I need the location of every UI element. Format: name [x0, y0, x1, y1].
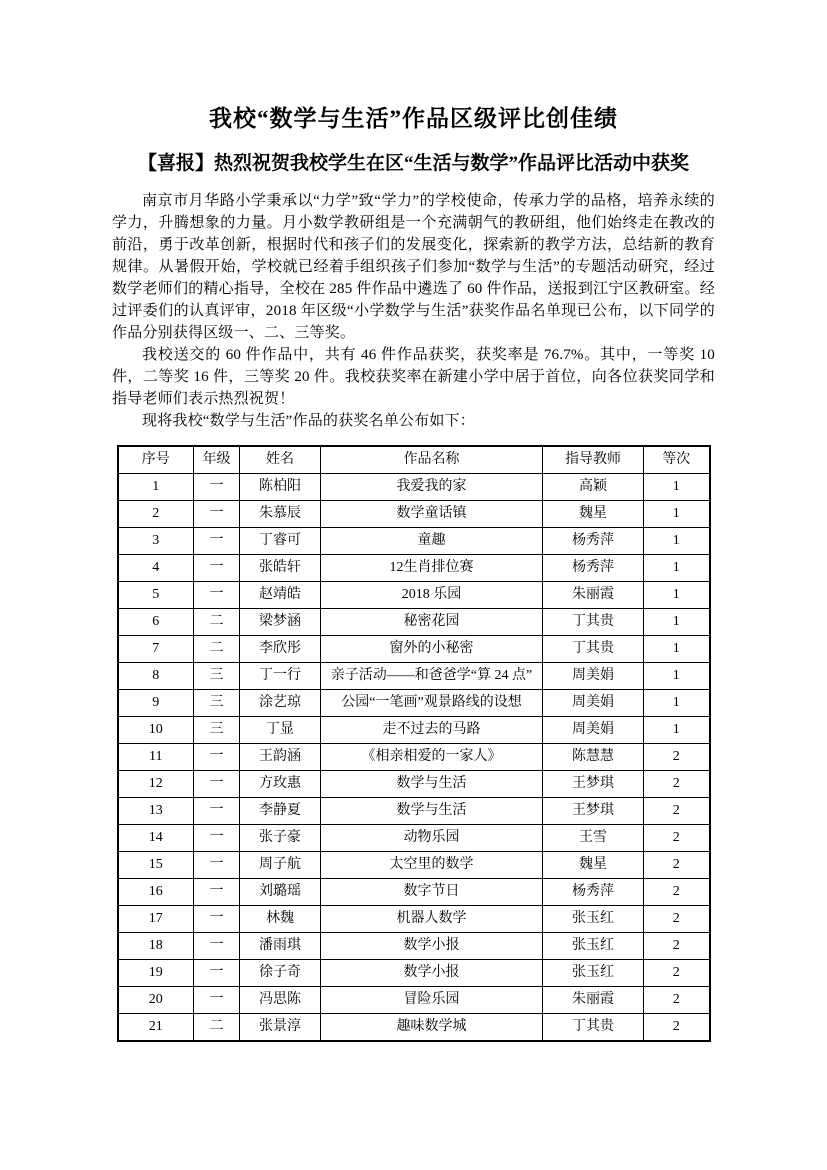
- table-cell-rank: 1: [644, 717, 710, 744]
- table-cell-rank: 1: [644, 636, 710, 663]
- table-cell-grade: 二: [194, 609, 240, 636]
- table-row: 15一周子航太空里的数学魏星2: [118, 852, 710, 879]
- table-cell-name: 张皓轩: [240, 555, 321, 582]
- table-cell-name: 徐子奇: [240, 960, 321, 987]
- table-cell-work: 冒险乐园: [321, 987, 543, 1014]
- table-row: 12一方玫惠数学与生活王梦琪2: [118, 771, 710, 798]
- page-title: 我校“数学与生活”作品区级评比创佳绩: [112, 104, 715, 134]
- table-cell-grade: 一: [194, 852, 240, 879]
- table-cell-name: 丁显: [240, 717, 321, 744]
- table-row: 18一潘雨琪数学小报张玉红2: [118, 933, 710, 960]
- table-cell-rank: 1: [644, 663, 710, 690]
- table-cell-work: 机器人数学: [321, 906, 543, 933]
- table-cell-rank: 1: [644, 555, 710, 582]
- awards-table-body: 1一陈柏阳我爱我的家高颖12一朱慕辰数学童话镇魏星13一丁睿可童趣杨秀萍14一张…: [118, 474, 710, 1042]
- table-cell-work: 趣味数学城: [321, 1014, 543, 1042]
- table-cell-grade: 三: [194, 717, 240, 744]
- column-header-name: 姓名: [240, 446, 321, 474]
- table-cell-rank: 1: [644, 690, 710, 717]
- table-row: 7二李欣彤窗外的小秘密丁其贵1: [118, 636, 710, 663]
- column-header-rank: 等次: [644, 446, 710, 474]
- table-cell-index: 21: [118, 1014, 194, 1042]
- table-row: 3一丁睿可童趣杨秀萍1: [118, 528, 710, 555]
- table-cell-grade: 一: [194, 960, 240, 987]
- table-cell-work: 《相亲相爱的一家人》: [321, 744, 543, 771]
- table-cell-teacher: 周美娟: [543, 690, 644, 717]
- table-cell-index: 13: [118, 798, 194, 825]
- table-cell-work: 2018 乐园: [321, 582, 543, 609]
- table-row: 2一朱慕辰数学童话镇魏星1: [118, 501, 710, 528]
- table-cell-teacher: 丁其贵: [543, 1014, 644, 1042]
- table-cell-teacher: 丁其贵: [543, 609, 644, 636]
- table-cell-index: 17: [118, 906, 194, 933]
- table-cell-teacher: 杨秀萍: [543, 879, 644, 906]
- table-cell-grade: 一: [194, 528, 240, 555]
- table-cell-name: 冯思陈: [240, 987, 321, 1014]
- table-cell-work: 秘密花园: [321, 609, 543, 636]
- table-cell-rank: 1: [644, 501, 710, 528]
- table-cell-index: 20: [118, 987, 194, 1014]
- table-cell-name: 涂艺琼: [240, 690, 321, 717]
- table-cell-teacher: 魏星: [543, 852, 644, 879]
- table-cell-grade: 一: [194, 798, 240, 825]
- table-cell-teacher: 周美娟: [543, 663, 644, 690]
- table-cell-name: 张景淳: [240, 1014, 321, 1042]
- table-cell-index: 11: [118, 744, 194, 771]
- table-cell-index: 19: [118, 960, 194, 987]
- table-cell-name: 李静夏: [240, 798, 321, 825]
- body-paragraph-3: 现将我校“数学与生活”作品的获奖名单公布如下：: [112, 410, 715, 432]
- table-cell-index: 15: [118, 852, 194, 879]
- column-header-teacher: 指导教师: [543, 446, 644, 474]
- subtitle: 【喜报】热烈祝贺我校学生在区“生活与数学”作品评比活动中获奖: [112, 151, 715, 177]
- table-row: 1一陈柏阳我爱我的家高颖1: [118, 474, 710, 501]
- table-cell-name: 王韵涵: [240, 744, 321, 771]
- table-cell-grade: 一: [194, 501, 240, 528]
- column-header-grade: 年级: [194, 446, 240, 474]
- table-cell-index: 14: [118, 825, 194, 852]
- table-cell-teacher: 高颖: [543, 474, 644, 501]
- table-cell-teacher: 王梦琪: [543, 798, 644, 825]
- table-row: 13一李静夏数学与生活王梦琪2: [118, 798, 710, 825]
- table-cell-rank: 2: [644, 906, 710, 933]
- table-cell-work: 12生肖排位赛: [321, 555, 543, 582]
- table-row: 9三涂艺琼公园“一笔画”观景路线的设想周美娟1: [118, 690, 710, 717]
- table-cell-grade: 二: [194, 1014, 240, 1042]
- table-cell-name: 周子航: [240, 852, 321, 879]
- table-cell-name: 陈柏阳: [240, 474, 321, 501]
- table-cell-work: 我爱我的家: [321, 474, 543, 501]
- table-row: 20一冯思陈冒险乐园朱丽霞2: [118, 987, 710, 1014]
- table-cell-grade: 一: [194, 582, 240, 609]
- table-row: 11一王韵涵《相亲相爱的一家人》陈慧慧2: [118, 744, 710, 771]
- table-cell-teacher: 张玉红: [543, 933, 644, 960]
- table-cell-work: 数学童话镇: [321, 501, 543, 528]
- table-cell-rank: 1: [644, 609, 710, 636]
- table-cell-work: 童趣: [321, 528, 543, 555]
- table-cell-teacher: 魏星: [543, 501, 644, 528]
- table-cell-index: 3: [118, 528, 194, 555]
- table-cell-grade: 一: [194, 771, 240, 798]
- table-cell-name: 林魏: [240, 906, 321, 933]
- table-cell-work: 太空里的数学: [321, 852, 543, 879]
- table-cell-teacher: 陈慧慧: [543, 744, 644, 771]
- table-cell-work: 数学小报: [321, 933, 543, 960]
- table-cell-name: 方玫惠: [240, 771, 321, 798]
- table-header-row: 序号 年级 姓名 作品名称 指导教师 等次: [118, 446, 710, 474]
- table-cell-teacher: 朱丽霞: [543, 582, 644, 609]
- table-cell-grade: 一: [194, 987, 240, 1014]
- table-cell-teacher: 朱丽霞: [543, 987, 644, 1014]
- table-cell-work: 动物乐园: [321, 825, 543, 852]
- table-cell-index: 9: [118, 690, 194, 717]
- table-row: 14一张子豪动物乐园王雪2: [118, 825, 710, 852]
- table-cell-work: 走不过去的马路: [321, 717, 543, 744]
- table-cell-grade: 一: [194, 825, 240, 852]
- table-cell-name: 李欣彤: [240, 636, 321, 663]
- document-page: 我校“数学与生活”作品区级评比创佳绩 【喜报】热烈祝贺我校学生在区“生活与数学”…: [0, 0, 827, 1170]
- table-cell-rank: 1: [644, 528, 710, 555]
- table-cell-name: 刘璐瑶: [240, 879, 321, 906]
- table-cell-index: 8: [118, 663, 194, 690]
- table-cell-rank: 2: [644, 852, 710, 879]
- table-cell-rank: 1: [644, 474, 710, 501]
- table-cell-teacher: 王梦琪: [543, 771, 644, 798]
- table-row: 19一徐子奇数学小报张玉红2: [118, 960, 710, 987]
- table-cell-index: 1: [118, 474, 194, 501]
- table-cell-index: 18: [118, 933, 194, 960]
- table-cell-grade: 一: [194, 879, 240, 906]
- column-header-index: 序号: [118, 446, 194, 474]
- table-row: 10三丁显走不过去的马路周美娟1: [118, 717, 710, 744]
- table-cell-teacher: 丁其贵: [543, 636, 644, 663]
- table-cell-work: 数学小报: [321, 960, 543, 987]
- table-cell-name: 丁睿可: [240, 528, 321, 555]
- table-cell-work: 亲子活动——和爸爸学“算 24 点”: [321, 663, 543, 690]
- table-row: 5一赵靖皓2018 乐园朱丽霞1: [118, 582, 710, 609]
- table-cell-name: 赵靖皓: [240, 582, 321, 609]
- table-cell-index: 16: [118, 879, 194, 906]
- table-cell-rank: 2: [644, 1014, 710, 1042]
- awards-table: 序号 年级 姓名 作品名称 指导教师 等次 1一陈柏阳我爱我的家高颖12一朱慕辰…: [117, 445, 711, 1042]
- table-cell-index: 7: [118, 636, 194, 663]
- table-row: 4一张皓轩12生肖排位赛杨秀萍1: [118, 555, 710, 582]
- table-cell-teacher: 王雪: [543, 825, 644, 852]
- table-cell-teacher: 周美娟: [543, 717, 644, 744]
- table-cell-rank: 2: [644, 825, 710, 852]
- table-cell-work: 数字节日: [321, 879, 543, 906]
- table-cell-grade: 三: [194, 663, 240, 690]
- table-cell-grade: 一: [194, 555, 240, 582]
- body-text: 南京市月华路小学秉承以“力学”致“学力”的学校使命，传承力学的品格，培养永续的学…: [112, 190, 715, 432]
- table-cell-name: 丁一行: [240, 663, 321, 690]
- table-cell-rank: 2: [644, 744, 710, 771]
- table-cell-teacher: 张玉红: [543, 906, 644, 933]
- table-row: 16一刘璐瑶数字节日杨秀萍2: [118, 879, 710, 906]
- table-cell-name: 梁梦涵: [240, 609, 321, 636]
- table-cell-rank: 2: [644, 771, 710, 798]
- table-cell-rank: 1: [644, 582, 710, 609]
- table-cell-work: 数学与生活: [321, 798, 543, 825]
- table-cell-rank: 2: [644, 879, 710, 906]
- body-paragraph-2: 我校送交的 60 件作品中，共有 46 件作品获奖，获奖率是 76.7%。其中，…: [112, 344, 715, 410]
- table-cell-rank: 2: [644, 960, 710, 987]
- table-row: 21二张景淳趣味数学城丁其贵2: [118, 1014, 710, 1042]
- column-header-work: 作品名称: [321, 446, 543, 474]
- table-cell-rank: 2: [644, 987, 710, 1014]
- table-row: 17一林魏机器人数学张玉红2: [118, 906, 710, 933]
- table-cell-grade: 一: [194, 474, 240, 501]
- table-cell-name: 朱慕辰: [240, 501, 321, 528]
- table-cell-index: 6: [118, 609, 194, 636]
- table-cell-index: 5: [118, 582, 194, 609]
- table-cell-name: 潘雨琪: [240, 933, 321, 960]
- table-cell-work: 窗外的小秘密: [321, 636, 543, 663]
- table-cell-grade: 三: [194, 690, 240, 717]
- table-cell-rank: 2: [644, 798, 710, 825]
- table-cell-index: 4: [118, 555, 194, 582]
- table-row: 8三丁一行亲子活动——和爸爸学“算 24 点”周美娟1: [118, 663, 710, 690]
- table-cell-teacher: 杨秀萍: [543, 528, 644, 555]
- body-paragraph-1: 南京市月华路小学秉承以“力学”致“学力”的学校使命，传承力学的品格，培养永续的学…: [112, 190, 715, 344]
- table-cell-grade: 一: [194, 906, 240, 933]
- table-cell-index: 10: [118, 717, 194, 744]
- table-row: 6二梁梦涵秘密花园丁其贵1: [118, 609, 710, 636]
- table-cell-index: 12: [118, 771, 194, 798]
- table-cell-grade: 一: [194, 744, 240, 771]
- table-cell-teacher: 杨秀萍: [543, 555, 644, 582]
- table-cell-grade: 二: [194, 636, 240, 663]
- table-cell-teacher: 张玉红: [543, 960, 644, 987]
- table-cell-rank: 2: [644, 933, 710, 960]
- table-cell-index: 2: [118, 501, 194, 528]
- table-cell-work: 数学与生活: [321, 771, 543, 798]
- table-cell-name: 张子豪: [240, 825, 321, 852]
- table-cell-work: 公园“一笔画”观景路线的设想: [321, 690, 543, 717]
- table-cell-grade: 一: [194, 933, 240, 960]
